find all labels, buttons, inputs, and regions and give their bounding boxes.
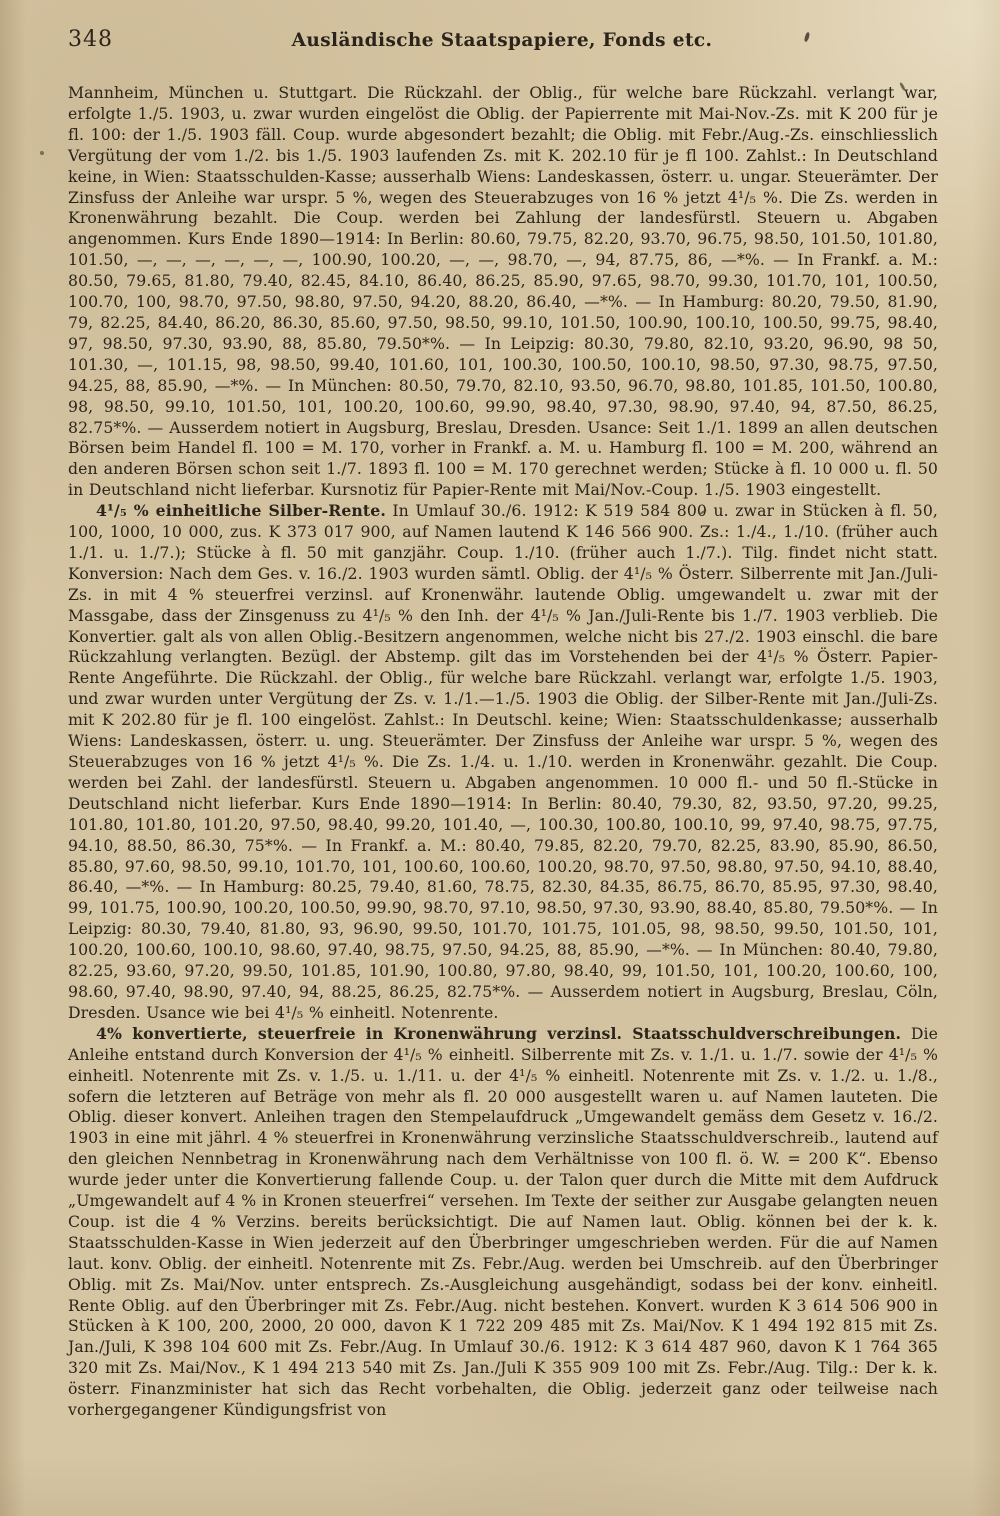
silber-rente-heading: 4¹/₅ % einheitliche Silber-Rente. bbox=[96, 501, 386, 520]
paragraph-konvertierte-staatsschuldverschreibungen: 4% konvertierte, steuerfreie in Kronenwä… bbox=[68, 1024, 938, 1421]
paragraph-papier-rente-text: Mannheim, München u. Stuttgart. Die Rück… bbox=[68, 83, 938, 499]
paragraph-silber-rente-text: In Umlauf 30./6. 1912: K 519 584 800 u. … bbox=[68, 501, 938, 1022]
paragraph-silber-rente: 4¹/₅ % einheitliche Silber-Rente. In Uml… bbox=[68, 501, 938, 1024]
ink-speck bbox=[40, 151, 44, 155]
paragraph-konvertierte-text: Die Anleihe entstand durch Konversion de… bbox=[68, 1024, 938, 1419]
ink-speck bbox=[487, 115, 490, 118]
konvertierte-heading: 4% konvertierte, steuerfreie in Kronenwä… bbox=[96, 1024, 901, 1043]
text-body: Mannheim, München u. Stuttgart. Die Rück… bbox=[68, 83, 938, 1421]
paragraph-papier-rente-continuation: Mannheim, München u. Stuttgart. Die Rück… bbox=[68, 83, 938, 501]
book-page-scan: 348 Ausländische Staatspapiere, Fonds et… bbox=[0, 0, 1000, 1516]
